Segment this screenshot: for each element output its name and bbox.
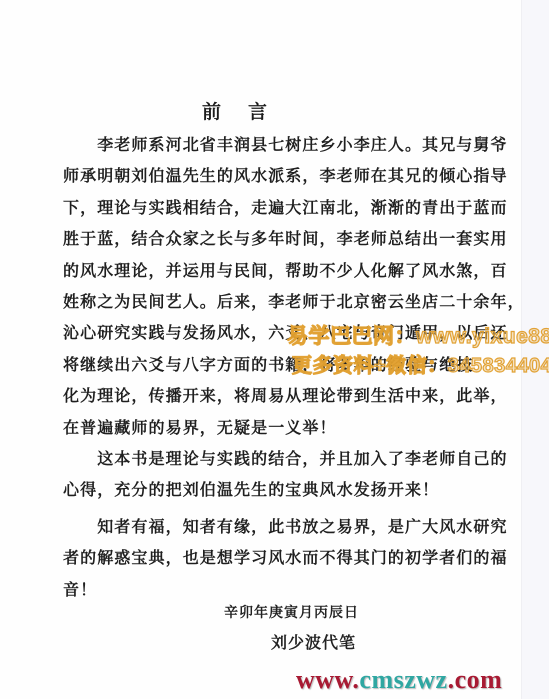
body-line: 这本书是理论与实践的结合，并且加入了李老师自己的	[63, 444, 503, 475]
page-title: 前 言	[202, 97, 271, 124]
body-line: 姓称之为民间艺人。后来，李老师于北京密云坐店二十余年，	[63, 287, 503, 318]
body-line: 者的解惑宝典，也是想学习风水而不得其门的初学者们的福	[63, 543, 503, 574]
footer-website-url: www.cmszwz.com	[296, 665, 502, 695]
preface-body: 李老师系河北省丰润县七树庄乡小李庄人。其兄与舅爷 师承明朝刘伯温先生的风水派系，…	[63, 130, 503, 606]
body-line: 化为理论，传播开来，将周易从理论带到生活中来，此举，	[63, 381, 503, 412]
footer-url-prefix: www.	[296, 665, 359, 694]
signature-date: 辛卯年庚寅月丙辰日	[224, 602, 359, 622]
scan-page-edge-shadow	[521, 0, 549, 699]
body-line: 李老师系河北省丰润县七树庄乡小李庄人。其兄与舅爷	[63, 130, 503, 161]
footer-url-middle: cmszwz	[359, 665, 447, 694]
scanned-book-page: { "page": { "title": "前 言", "body_lines"…	[0, 0, 549, 699]
footer-url-suffix: .com	[448, 665, 503, 694]
body-line: 胜于蓝，结合众家之长与多年时间，李老师总结出一套实用	[63, 224, 503, 255]
body-line: 下，理论与实践相结合，走遍大江南北，渐渐的青出于蓝而	[63, 193, 503, 224]
body-line: 将继续出六爻与八字方面的书籍，将多年的经验与绝技	[63, 350, 503, 381]
body-line: 的风水理论，并运用与民间，帮助不少人化解了风水煞，百	[63, 256, 503, 287]
body-line: 知者有福，知者有缘，此书放之易界，是广大风水研究	[63, 512, 503, 543]
body-line: 在普遍藏师的易界，无疑是一义举！	[63, 413, 503, 444]
signature-name: 刘少波代笔	[271, 630, 356, 653]
body-line: 心得，充分的把刘伯温先生的宝典风水发扬开来！	[63, 475, 503, 506]
body-line: 师承明朝刘伯温先生的风水派系，李老师在其兄的倾心指导	[63, 161, 503, 192]
body-line: 沁心研究实践与发扬风水，六爻、八宅与奇门遁甲，以后还	[63, 318, 503, 349]
